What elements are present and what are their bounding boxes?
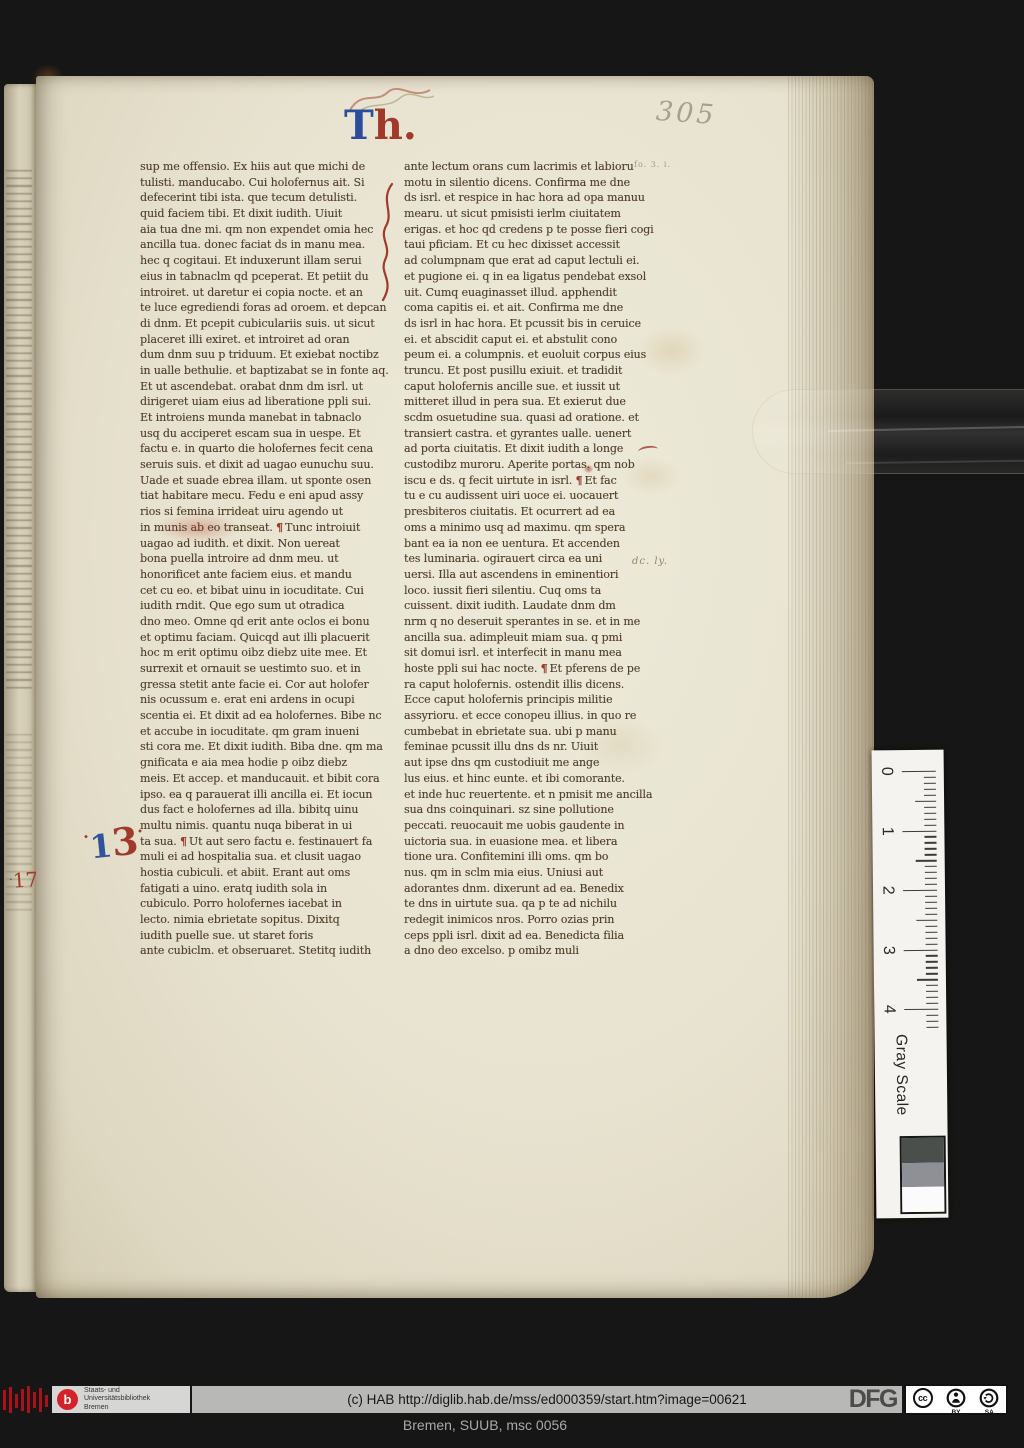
manuscript-text-line: honorificet ante faciem eius. et mandu (140, 568, 394, 584)
chapter-number-initial: .13. (82, 817, 146, 868)
manuscript-text-line: erigas. et hoc qd credens p te posse fie… (404, 223, 658, 239)
margin-annotation: dc. ly. (632, 556, 668, 567)
manuscript-text-line: tes luminaria. ogirauert circa ea uni (404, 552, 658, 568)
ruler-number: 4 (880, 1005, 898, 1014)
manuscript-text-line: cumbebat in ebrietate sua. ubi p manu (404, 725, 658, 741)
ruler-tick (924, 783, 936, 784)
manuscript-text-line: nus. qm in sclm mia eius. Uniusi aut (404, 866, 658, 882)
manuscript-text-line: tulisti. manducabo. Cui holofernus ait. … (140, 176, 394, 192)
manuscript-text-line: tu e cu audissent uiri uoce ei. uocauert (404, 489, 658, 505)
ruler-tick (926, 973, 938, 974)
pilcrow-rubric: ¶ (180, 835, 189, 848)
manuscript-text-line: aut ipse dns qm custodiuit me ange (404, 756, 658, 772)
library-bars-logo-icon (2, 1386, 50, 1413)
ruler-tick (925, 854, 937, 855)
manuscript-text-line: a dno deo excelso. p omibz muli (404, 944, 658, 960)
manuscript-text-line: fatigati a uino. eratq iudith sola in (140, 882, 394, 898)
manuscript-text-line: hec q cogitaui. Et induxerunt illam seru… (140, 254, 394, 270)
pilcrow-rubric: ¶ (276, 521, 285, 534)
manuscript-text-line: scentia ei. Et dixit ad ea holofernes. B… (140, 709, 394, 725)
ruler-tick (924, 818, 936, 819)
ruler-tick (904, 949, 938, 951)
manuscript-text-line: redegit inimicos nros. Porro ozias prin (404, 913, 658, 929)
ruler-tick (925, 878, 937, 879)
ruler-tick (924, 812, 936, 813)
manuscript-text-line: uictoria sua. in euasione mea. et libera (404, 835, 658, 851)
manuscript-text-line: ds isrl. et respice in hac hora ad opa m… (404, 191, 658, 207)
library-b-logo: b (57, 1389, 78, 1410)
ruler-tick (926, 1021, 938, 1022)
ruler-tick (925, 896, 937, 897)
manuscript-text-line: ad columpnam que erat ad caput lectuli e… (404, 254, 658, 270)
cc-sa-item: SA (979, 1388, 999, 1416)
manuscript-text-line: muli ei ad hospitalia sua. et clusit uag… (140, 850, 394, 866)
manuscript-text-line: tiat habitare mecu. Fedu e eni apud assy (140, 489, 394, 505)
ruler-number: 0 (877, 767, 895, 776)
gray-patch-white (902, 1187, 944, 1212)
ruler-tick (925, 872, 937, 873)
footer-strip: b Staats- und Universitätsbibliothek Bre… (0, 1385, 1024, 1414)
manuscript-text-line: hoc m erit optimu oibz diebz uite mee. E… (140, 646, 394, 662)
manuscript-text-line: uersi. Illa aut ascendens in eminentiori (404, 568, 658, 584)
pilcrow-rubric: ¶ (541, 662, 550, 675)
manuscript-text-line: mearu. ut sicut pmisisti ierlm ciuitatem (404, 207, 658, 223)
ruler-tick (926, 955, 938, 956)
manuscript-text-line: eius in tabnaclm qd pceperat. Et petiit … (140, 270, 394, 286)
ruler-tick (925, 908, 937, 909)
manuscript-text-line: caput holofernis ancille sue. et iussit … (404, 380, 658, 396)
manuscript-text-line: iscu e ds. q fecit uirtute in isrl. ¶Et … (404, 474, 658, 490)
text-column-left: sup me offensio. Ex hiis aut que michi d… (140, 160, 394, 960)
cc-license-badge: cc BY SA (904, 1384, 1008, 1415)
manuscript-text-line: ancilla tua. donec faciat ds in manu mea… (140, 238, 394, 254)
manuscript-text-line: seruis suis. et dixit ad uagao eunuchu s… (140, 458, 394, 474)
text-column-right: ante lectum orans cum lacrimis et labior… (404, 160, 658, 960)
ruler-tick (916, 860, 937, 862)
manuscript-text-line: ceps ppli isrl. dixit ad ea. Benedicta f… (404, 929, 658, 945)
manuscript-text-line: Uade et suade ebrea illam. ut sponte ose… (140, 474, 394, 490)
manuscript-text-line: peum ei. a columpnis. et euoluit corpus … (404, 348, 658, 364)
attribution-person-icon (946, 1388, 966, 1408)
cc-icon: cc (913, 1388, 933, 1408)
ruler-tick (925, 848, 937, 849)
manuscript-text-line: aia tua dne mi. qm non expendet omia hec (140, 223, 394, 239)
manuscript-text-line: motu in silentio dicens. Confirma me dne (404, 176, 658, 192)
image-caption: Bremen, SUUB, msc 0056 (0, 1417, 970, 1433)
manuscript-text-line: sua dns coinquinari. sz sine pollutione (404, 803, 658, 819)
manuscript-text-line: Ecce caput holofernis principis militie (404, 693, 658, 709)
manuscript-text-line: sup me offensio. Ex hiis aut que michi d… (140, 160, 394, 176)
ruler-tick (924, 806, 936, 807)
manuscript-text-line: cet cu eo. et bibat uinu in iocuditate. … (140, 584, 394, 600)
ruler-tick (925, 914, 937, 915)
ruler-tick (902, 771, 936, 773)
ruler-tick (924, 795, 936, 796)
manuscript-text-line: meis. Et accep. et manducauit. et bibit … (140, 772, 394, 788)
manuscript-text-line: sit domui isrl. et interfecit in manu me… (404, 646, 658, 662)
copyright-bar: (c) HAB http://diglib.hab.de/mss/ed00035… (192, 1386, 902, 1413)
manuscript-text-line: nrm q no deseruit sperantes in se. et in… (404, 615, 658, 631)
manuscript-text-line: ancilla sua. adimpleuit miam sua. q pmi (404, 631, 658, 647)
ruler-tick (925, 842, 937, 843)
ruler-tick (924, 789, 936, 790)
manuscript-text-line: loco. iussit fieri silentiu. Cuq oms ta (404, 584, 658, 600)
manuscript-text-line: surrexit et ornauit se uestimto suo. et … (140, 662, 394, 678)
manuscript-text-line: ra caput holofernis. ostendit illis dice… (404, 678, 658, 694)
manuscript-text-line: iudith puelle sue. ut staret foris (140, 929, 394, 945)
manuscript-text-line: cubiculo. Porro holofernes iacebat in (140, 897, 394, 913)
manuscript-text-line: ds isrl in hac hora. Et pcussit bis in c… (404, 317, 658, 333)
manuscript-text-line: lus eius. et hinc eunte. et ibi comorant… (404, 772, 658, 788)
pilcrow-rubric: ¶ (576, 474, 585, 487)
share-alike-icon (979, 1388, 999, 1408)
ruler-tick (903, 890, 937, 892)
ruler-tick (926, 967, 938, 968)
manuscript-text-line: gnificata e aia mea hodie p oibz diebz (140, 756, 394, 772)
red-ink-smudge (156, 514, 240, 542)
running-title-red-letter: h (374, 102, 403, 149)
manuscript-text-line: tione ura. Confitemini illi oms. qm bo (404, 850, 658, 866)
manuscript-text-line: bant ea ia non ee uentura. Et accenden (404, 537, 658, 553)
ruler-tick (904, 1009, 938, 1011)
manuscript-text-line: Et introiens munda manebat in tabnaclo (140, 411, 394, 427)
ruler-tick (925, 866, 937, 867)
manuscript-text-line: hostia cubiculi. et abiit. Erant aut oms (140, 866, 394, 882)
page-stack-fore-edge (788, 76, 874, 1298)
manuscript-text-line: taui pficiam. Et cu hec dixisset accessi… (404, 238, 658, 254)
ruler-tick (926, 1003, 938, 1004)
ruler-tick (916, 919, 937, 921)
manuscript-text-line: feminae pcussit illu dns ds nr. Uiuit (404, 740, 658, 756)
manuscript-text-line: dno meo. Omne qd erit ante oclos ei bonu (140, 615, 394, 631)
manuscript-text-line: defecerint tibi ista. que tecum detulist… (140, 191, 394, 207)
manuscript-text-line: ad porta ciuitatis. Et dixit iudith a lo… (404, 442, 658, 458)
manuscript-text-line: te luce egrediendi foras ad oroem. et de… (140, 301, 394, 317)
manuscript-text-line: ipso. ea q parauerat illi ancilla ei. Et… (140, 788, 394, 804)
manuscript-page: Th. 305 fo. 3. i. sup me offensio. Ex hi… (36, 76, 874, 1298)
photo-background: .17 Th. 305 fo. 3. i. sup me offensio. E… (0, 0, 1024, 1448)
running-title-blue-letter: T (344, 102, 374, 149)
manuscript-text-line: scdm osuetudine sua. quasi ad oratione. … (404, 411, 658, 427)
ruler-tick (924, 836, 936, 837)
color-scale-card: 01234 Gray Scale (872, 750, 949, 1219)
running-title: Th. (344, 106, 417, 146)
manuscript-text-line: uit. Cumq euaginasset illud. apphendit (404, 286, 658, 302)
manuscript-text-line: quid faciem tibi. Et dixit iudith. Uiuit (140, 207, 394, 223)
manuscript-text-line: lecto. nimia ebrietate sopitus. Dixitq (140, 913, 394, 929)
manuscript-text-line: et accube in iocuditate. qm gram inueni (140, 725, 394, 741)
library-initial: b (64, 1392, 72, 1407)
manuscript-text-line: te dns in uirtute sua. qa p te ad nichil… (404, 897, 658, 913)
ruler-tick (926, 1015, 938, 1016)
gray-patch-dark (902, 1138, 944, 1163)
facing-page-text-blur (6, 170, 32, 690)
manuscript-text-line: ei. et abscidit caput ei. et abstulit co… (404, 333, 658, 349)
manuscript-text-line: mitteret illud in pera sua. Et exierut d… (404, 395, 658, 411)
ruler-tick (925, 931, 937, 932)
manuscript-text-line: placeret illi exiret. et introiret ad or… (140, 333, 394, 349)
ruler-tick (917, 979, 938, 981)
manuscript-text-line: bona puella introire ad dnm meu. ut (140, 552, 394, 568)
ruler-tick (926, 961, 938, 962)
ruler-tick (924, 824, 936, 825)
manuscript-text-line: dus fact e holofernes ad illa. bibitq ui… (140, 803, 394, 819)
manuscript-text-line: nis ocussum e. erat eni ardens in ocupi (140, 693, 394, 709)
manuscript-text-line: et optimu faciam. Quicqd aut illi placue… (140, 631, 394, 647)
facing-chapter-number: .17 (8, 867, 39, 893)
gray-patches (900, 1136, 947, 1214)
ruler-number: 3 (879, 945, 897, 954)
manuscript-text-line: sti cora me. Et dixit iudith. Biba dne. … (140, 740, 394, 756)
library-name: Staats- und Universitätsbibliothek Breme… (84, 1387, 150, 1412)
manuscript-text-line: transiert castra. et gyrantes ualle. uen… (404, 427, 658, 443)
folio-number-pencil: 305 (655, 96, 718, 131)
ruler-tick (924, 777, 936, 778)
manuscript-text-line: adorantes dnm. dixerunt ad ea. Benedix (404, 882, 658, 898)
ruler-tick (925, 925, 937, 926)
manuscript-text-line: coma capitis ei. et ait. Confirma me dne (404, 301, 658, 317)
ruler-tick (902, 830, 936, 832)
ruler-tick (926, 1027, 938, 1028)
manuscript-text-line: Et ut ascendebat. orabat dnm dm isrl. ut (140, 380, 394, 396)
manuscript-text-line: introiret. ut daretur ei copia nocte. et… (140, 286, 394, 302)
ruler-tick (926, 943, 938, 944)
library-logo-box: b Staats- und Universitätsbibliothek Bre… (52, 1386, 190, 1413)
gray-patch-mid (902, 1162, 944, 1187)
facing-page-edge: .17 (4, 84, 38, 1292)
manuscript-text-line: ta sua. ¶Ut aut sero factu e. festinauer… (140, 835, 394, 851)
manuscript-text-line: peccati. reuocauit me uobis gaudente in (404, 819, 658, 835)
manuscript-text-line: hoste ppli sui hac nocte. ¶Et pferens de… (404, 662, 658, 678)
manuscript-text-line: ante cubiclm. et obseruaret. Stetitq iud… (140, 944, 394, 960)
ruler-tick (925, 902, 937, 903)
manuscript-text-line: assyrioru. et ecce conopeu illius. in qu… (404, 709, 658, 725)
running-title-point: . (403, 102, 417, 149)
ruler-tick (926, 991, 938, 992)
copyright-url: (c) HAB http://diglib.hab.de/mss/ed00035… (347, 1392, 747, 1407)
manuscript-text-line: factu e. in quarto die holofernes fecit … (140, 442, 394, 458)
manuscript-text-line: truncu. Et post pusillu exiuit. et tradi… (404, 364, 658, 380)
manuscript-text-line: gressa stetit ante facie ei. Cor aut hol… (140, 678, 394, 694)
ruler-number: 2 (878, 886, 896, 895)
manuscript-text-line: dirigeret uiam eius ad liberatione ppli … (140, 395, 394, 411)
ruler: 01234 (872, 750, 947, 1043)
manuscript-text-line: di dnm. Et pcepit cubiculariis suis. ut … (140, 317, 394, 333)
ruler-tick (915, 800, 936, 802)
manuscript-text-line: usq du acciperet escam sua in uespe. Et (140, 427, 394, 443)
manuscript-text-line: ante lectum orans cum lacrimis et labior… (404, 160, 658, 176)
cc-by-item: BY (946, 1388, 966, 1416)
manuscript-text-line: dum dnm suu p triduum. Et exiebat noctib… (140, 348, 394, 364)
manuscript-text-line: custodibz muroru. Aperite portas. qm nob (404, 458, 658, 474)
manuscript-text-line: in ualle bethulie. et baptizabat se in f… (140, 364, 394, 380)
manuscript-text-line: multu nimis. quantu nuqa biberat in ui (140, 819, 394, 835)
manuscript-text-line: et pugione ei. q in ea ligatus pendebat … (404, 270, 658, 286)
manuscript-text-line: cuissent. dixit iudith. Laudate dnm dm (404, 599, 658, 615)
dfg-logo: DFG (849, 1385, 897, 1414)
manuscript-text-line: et inde huc reuertente. et n pmisit me a… (404, 788, 658, 804)
ruler-number: 1 (878, 826, 896, 835)
ruler-tick (925, 884, 937, 885)
manuscript-text-line: presbiteros ciuitatis. Et ocurrert ad ea (404, 505, 658, 521)
manuscript-text-line: iudith rndit. Que ego sum ut otradica (140, 599, 394, 615)
gray-scale-label: Gray Scale (892, 1034, 911, 1116)
manuscript-text-line: oms a minimo usq ad maximu. qm spera (404, 521, 658, 537)
ruler-tick (926, 937, 938, 938)
ruler-tick (926, 985, 938, 986)
ruler-tick (926, 997, 938, 998)
